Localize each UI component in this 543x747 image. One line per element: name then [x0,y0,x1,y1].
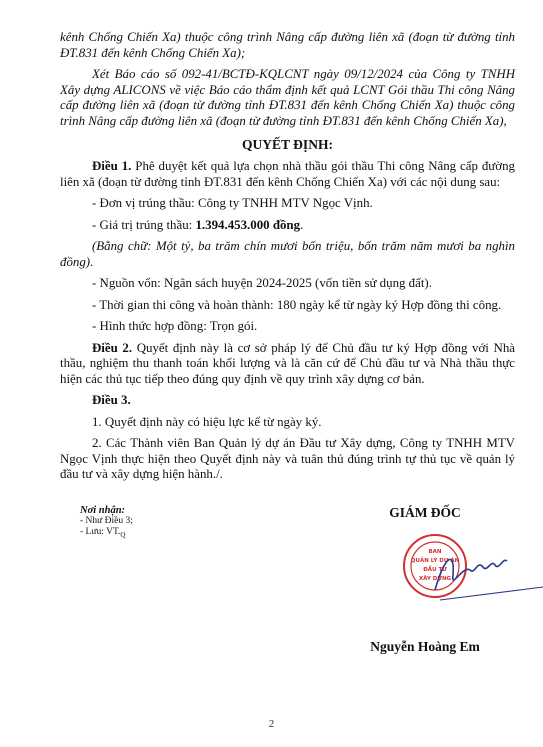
article-1-label: Điều 1. [92,159,131,173]
page-number: 2 [0,718,543,730]
article-1: Điều 1. Phê duyệt kết quả lựa chọn nhà t… [60,159,515,190]
duration-line: - Thời gian thi công và hoàn thành: 180 … [60,298,515,314]
paragraph-context: kênh Chống Chiến Xa) thuộc công trình Nâ… [60,30,515,61]
recipient-text: - Lưu: VT. [80,527,120,537]
signature-block: GIÁM ĐỐC BAN QUẢN LÝ DỰ ÁN ĐẦU TƯ XÂY DỰ… [330,505,520,521]
footer-block: Nơi nhận: - Như Điều 3; - Lưu: VT.Q GIÁM… [80,505,520,655]
signer-name: Nguyễn Hoàng Em [330,639,520,655]
article-3-item-1: 1. Quyết định này có hiệu lực kể từ ngày… [60,415,515,431]
document-page: kênh Chống Chiến Xa) thuộc công trình Nâ… [60,0,515,483]
recipients-heading: Nơi nhận: [80,505,133,516]
recipients: Nơi nhận: - Như Điều 3; - Lưu: VT.Q [80,505,133,541]
recipient-item: - Lưu: VT.Q [80,527,133,541]
price-label: - Giá trị trúng thầu: [92,218,195,232]
recipient-sub: Q [120,531,125,539]
price-in-words: (Bằng chữ: Một tỷ, ba trăm chín mươi bốn… [60,239,515,270]
price-value: 1.394.453.000 đồng [195,218,300,232]
decision-title: QUYẾT ĐỊNH: [60,137,515,153]
winner-line: - Đơn vị trúng thầu: Công ty TNHH MTV Ng… [60,196,515,212]
article-2-label: Điều 2. [92,341,132,355]
price-end: . [300,218,303,232]
contract-type-line: - Hình thức hợp đồng: Trọn gói. [60,319,515,335]
article-2: Điều 2. Quyết định này là cơ sở pháp lý … [60,341,515,388]
funding-line: - Nguồn vốn: Ngân sách huyện 2024-2025 (… [60,276,515,292]
signer-role: GIÁM ĐỐC [330,505,520,521]
handwritten-signature-icon [425,545,543,605]
price-line: - Giá trị trúng thầu: 1.394.453.000 đồng… [60,218,515,234]
recipient-item: - Như Điều 3; [80,516,133,527]
article-3-label: Điều 3. [60,393,515,409]
paragraph-report: Xét Báo cáo số 092-41/BCTĐ-KQLCNT ngày 0… [60,67,515,129]
article-3-item-2: 2. Các Thành viên Ban Quản lý dự án Đầu … [60,436,515,483]
